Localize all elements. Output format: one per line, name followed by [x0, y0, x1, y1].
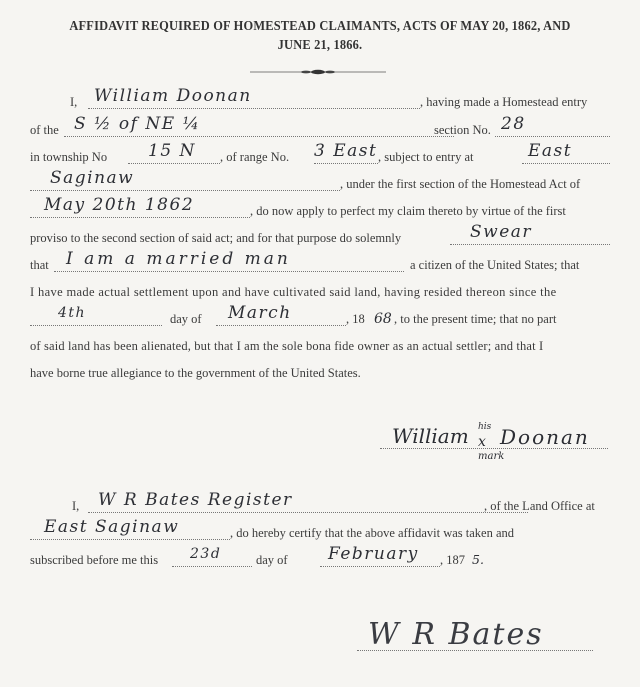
affidavit-line-4: Saginaw , under the first section of the…	[30, 172, 610, 196]
homestead-affidavit-page: AFFIDAVIT REQUIRED OF HOMESTEAD CLAIMANT…	[0, 0, 640, 687]
label-hereby-certify: , do hereby certify that the above affid…	[230, 521, 514, 545]
label-that: that	[30, 253, 49, 277]
range-handwritten: 3 East	[314, 142, 377, 160]
residence-year-handwritten: 68	[374, 307, 392, 331]
label-subject-to-entry: , subject to entry at	[378, 145, 473, 169]
office-location-handwritten: East Saginaw	[44, 518, 179, 536]
land-office-handwritten-1: East	[528, 142, 572, 160]
section-no-handwritten: 28	[501, 115, 526, 133]
label-cert-i: I,	[72, 494, 79, 518]
office-location-field: East Saginaw	[30, 521, 230, 540]
certification-line-1: I, W R Bates Register , of the Land Offi…	[30, 494, 610, 518]
affidavit-line-6: proviso to the second section of said ac…	[30, 226, 610, 250]
land-office-field-2: Saginaw	[30, 172, 340, 191]
label-i: I,	[70, 90, 77, 114]
title-line-1: AFFIDAVIT REQUIRED OF HOMESTEAD CLAIMANT…	[44, 16, 596, 35]
oath-type-handwritten: Swear	[470, 223, 532, 241]
affidavit-line-8: I have made actual settlement upon and h…	[30, 280, 610, 304]
oath-type-field: Swear	[450, 226, 610, 245]
label-township: in township No	[30, 145, 107, 169]
cert-day-handwritten: 23d	[190, 545, 221, 563]
certification-line-3: subscribed before me this 23d day of Feb…	[30, 548, 610, 572]
affidavit-line-1: I, William Doonan , having made a Homest…	[30, 90, 610, 114]
land-office-field-1: East	[522, 145, 610, 164]
claimant-signature-x-mark: x	[478, 434, 486, 450]
affidavit-line-9: 4th day of March , 18 68 , to the presen…	[30, 307, 610, 331]
divider-ornament-icon	[250, 68, 386, 76]
cert-month-handwritten: February	[328, 545, 419, 563]
residence-month-handwritten: March	[228, 304, 292, 322]
claimant-signature-last: Doonan	[500, 425, 590, 449]
claimant-name-handwritten: William Doonan	[94, 87, 252, 105]
label-proviso: proviso to the second section of said ac…	[30, 226, 401, 250]
residence-month-field: March	[216, 307, 346, 326]
affidavit-line-3: in township No 15 N , of range No. 3 Eas…	[30, 145, 610, 169]
affidavit-line-5: May 20th 1862 , do now apply to perfect …	[30, 199, 610, 223]
affidavit-line-11: have borne true allegiance to the govern…	[30, 361, 610, 385]
residence-day-field: 4th	[30, 307, 162, 326]
label-land-office-at: , of the Land Office at	[484, 494, 595, 518]
act-date-field: May 20th 1862	[30, 199, 250, 218]
label-alienated: of said land has been alienated, but tha…	[30, 334, 543, 358]
title-line-2: JUNE 21, 1866.	[44, 35, 596, 54]
label-homestead-act: , under the first section of the Homeste…	[340, 172, 580, 196]
label-present-time: , to the present time; that no part	[394, 307, 556, 331]
officer-handwritten: W R Bates Register	[98, 491, 293, 509]
label-subscribed: subscribed before me this	[30, 548, 158, 572]
cert-day-field: 23d	[172, 548, 252, 567]
claimant-signature-first: William	[392, 424, 469, 448]
label-homestead-entry: , having made a Homestead entry	[420, 90, 587, 114]
range-field: 3 East	[314, 145, 378, 164]
claimant-signature-mark: mark	[478, 451, 504, 462]
label-of-the: of the	[30, 118, 59, 142]
land-office-handwritten-2: Saginaw	[50, 169, 134, 187]
affidavit-line-7: that I am a married man a citizen of the…	[30, 253, 610, 277]
document-title: AFFIDAVIT REQUIRED OF HOMESTEAD CLAIMANT…	[44, 16, 596, 54]
label-day-of: day of	[170, 307, 202, 331]
section-no-field: 28	[495, 118, 610, 137]
label-year-prefix: , 18	[346, 307, 365, 331]
affidavit-line-2: of the S ½ of NE ¼ section No. 28	[30, 118, 610, 142]
residence-day-handwritten: 4th	[58, 304, 86, 322]
officer-field: W R Bates Register	[88, 494, 528, 513]
affidavit-line-10: of said land has been alienated, but tha…	[30, 334, 610, 358]
label-allegiance: have borne true allegiance to the govern…	[30, 361, 361, 385]
label-citizen: a citizen of the United States; that	[410, 253, 579, 277]
tract-handwritten: S ½ of NE ¼	[74, 115, 201, 133]
claimant-name-field: William Doonan	[88, 90, 420, 109]
claimant-signature-his: his	[478, 422, 491, 432]
certification-line-2: East Saginaw , do hereby certify that th…	[30, 521, 610, 545]
label-apply-to-perfect: , do now apply to perfect my claim there…	[250, 199, 566, 223]
officer-signature: W R Bates	[368, 617, 544, 652]
label-cert-year-prefix: , 187	[440, 548, 465, 572]
cert-month-field: February	[320, 548, 440, 567]
label-range: , of range No.	[220, 145, 289, 169]
cert-year-handwritten: 5.	[472, 548, 484, 572]
label-settlement: I have made actual settlement upon and h…	[30, 280, 556, 304]
label-cert-day-of: day of	[256, 548, 288, 572]
label-section-no: section No.	[434, 118, 491, 142]
status-handwritten: I am a married man	[66, 250, 291, 268]
township-handwritten: 15 N	[148, 142, 196, 160]
act-date-handwritten: May 20th 1862	[44, 196, 194, 214]
tract-field: S ½ of NE ¼	[64, 118, 454, 137]
township-field: 15 N	[128, 145, 220, 164]
status-field: I am a married man	[54, 253, 404, 272]
